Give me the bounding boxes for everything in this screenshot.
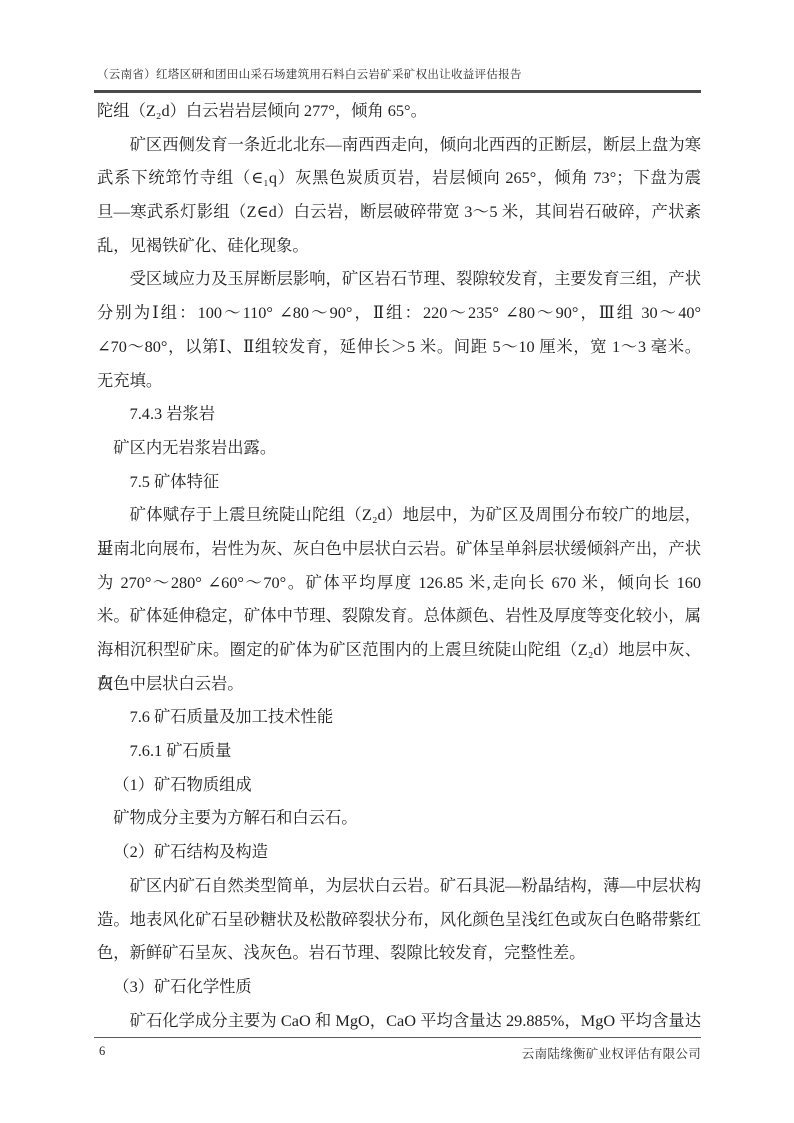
footer-company: 云南陆缘衡矿业权评估有限公司 (522, 1044, 701, 1062)
body-line: 为 270°～280° ∠60°～70°。矿体平均厚度 126.85 米,走向长… (97, 566, 701, 600)
footer-rule (94, 1037, 701, 1038)
page-number: 6 (99, 1044, 105, 1059)
document-body: 陀组（Z₂d）白云岩岩层倾向 277°，倾角 65°。 矿区西侧发育一条近北北东… (97, 94, 701, 1037)
body-line: 色，新鲜矿石呈灰、浅灰色。岩石节理、裂隙比较发育，完整性差。 (97, 936, 701, 970)
body-line: 米。矿体延伸稳定，矿体中节理、裂隙发育。总体颜色、岩性及厚度等变化较小，属 (97, 599, 701, 633)
body-line: 陀组（Z₂d）白云岩岩层倾向 277°，倾角 65°。 (97, 94, 701, 128)
header-title: （云南省）红塔区研和团田山采石场建筑用石料白云岩矿采矿权出让收益评估报告 (97, 66, 703, 82)
section-heading: 7.5 矿体特征 (97, 465, 701, 499)
sub-heading: （2）矿石结构及构造 (97, 835, 701, 869)
body-line: 矿区内无岩浆岩出露。 (97, 431, 701, 465)
section-heading: 7.6.1 矿石质量 (97, 734, 701, 768)
sub-heading: （3）矿石化学性质 (97, 970, 701, 1004)
body-line: 矿体赋存于上震旦统陡山陀组（Z₂d）地层中，为矿区及周围分布较广的地层，呈 (97, 498, 701, 532)
body-line: 白色中层状白云岩。 (97, 667, 701, 701)
body-line: 矿物成分主要为方解石和白云石。 (97, 801, 701, 835)
body-line: 矿区西侧发育一条近北北东—南西西走向，倾向北西西的正断层，断层上盘为寒 (97, 128, 701, 162)
body-line: ∠70～80°，以第Ⅰ、Ⅱ组较发育，延伸长＞5 米。间距 5～10 厘米，宽 1… (97, 330, 701, 364)
body-line: 分别为Ⅰ组：100～110° ∠80～90°，Ⅱ组：220～235° ∠80～9… (97, 296, 701, 330)
body-line: 矿石化学成分主要为 CaO 和 MgO，CaO 平均含量达 29.885%，Mg… (97, 1004, 701, 1038)
body-line: 矿区内矿石自然类型简单，为层状白云岩。矿石具泥—粉晶结构，薄—中层状构 (97, 869, 701, 903)
sub-heading: （1）矿石物质组成 (97, 768, 701, 802)
section-heading: 7.6 矿石质量及加工技术性能 (97, 700, 701, 734)
document-page: （云南省）红塔区研和团田山采石场建筑用石料白云岩矿采矿权出让收益评估报告 陀组（… (0, 0, 794, 1123)
body-line: 造。地表风化矿石呈砂糖状及松散碎裂状分布，风化颜色呈浅红色或灰白色略带紫红 (97, 903, 701, 937)
body-line: 乱，见褐铁矿化、硅化现象。 (97, 229, 701, 263)
body-line: 近南北向展布，岩性为灰、灰白色中层状白云岩。矿体呈单斜层状缓倾斜产出，产状 (97, 532, 701, 566)
body-line: 无充填。 (97, 364, 701, 398)
body-line: 武系下统筇竹寺组（∈₁q）灰黑色炭质页岩，岩层倾向 265°，倾角 73°；下盘… (97, 161, 701, 195)
header-rule (94, 90, 701, 93)
body-line: 旦—寒武系灯影组（Z∈d）白云岩，断层破碎带宽 3～5 米，其间岩石破碎，产状紊 (97, 195, 701, 229)
body-line: 受区域应力及玉屏断层影响，矿区岩石节理、裂隙较发育，主要发育三组，产状 (97, 262, 701, 296)
section-heading: 7.4.3 岩浆岩 (97, 397, 701, 431)
body-line: 海相沉积型矿床。圈定的矿体为矿区范围内的上震旦统陡山陀组（Z₂d）地层中灰、灰 (97, 633, 701, 667)
